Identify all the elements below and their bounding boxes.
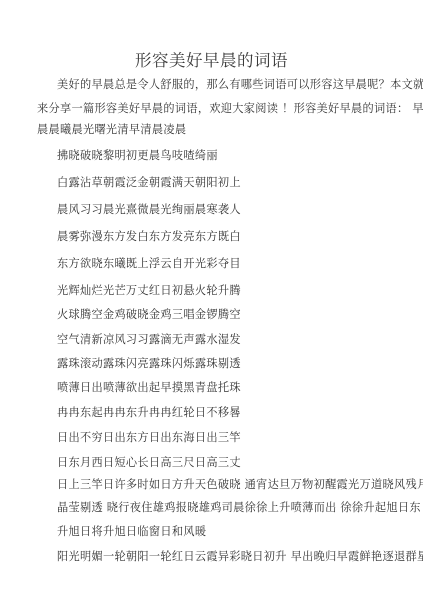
para-line: 升旭日将升旭日临窗日和风暖 [57,523,206,539]
word-line: 冉冉东起冉冉东升冉冉红轮日不移晷 [57,404,241,420]
word-line: 露珠滚动露珠闪亮露珠闪烁露珠剔透 [57,355,241,371]
word-line: 空气清新凉风习习露滴无声露水湿发 [57,331,241,347]
word-line: 东方欲晓东曦既上浮云自开光彩夺目 [57,255,241,271]
word-line: 晨雾弥漫东方发白东方发亮东方既白 [57,228,241,244]
intro-line: 美好的早晨总是令人舒服的，那么有哪些词语可以形容这早晨呢？本文就 [57,76,423,92]
word-line: 日出不穷日出东方日出东海日出三竿 [57,429,241,445]
word-line: 火球腾空金鸡破晓金鸡三唱金锣腾空 [57,306,241,322]
word-line: 喷薄日出喷薄欲出起早摸黑青盘托珠 [57,379,241,395]
document-page: 形容美好早晨的词语 美好的早晨总是令人舒服的，那么有哪些词语可以形容这早晨呢？本… [0,0,423,600]
para-line: 日上三竿日许多时如日方升天色破晓 通宵达旦万物初醒霞光万道晓风残月 [57,476,423,492]
word-line: 日东月西日短心长日高三尺日高三丈 [57,454,241,470]
word-line: 拂晓破晓黎明初更晨鸟吱喳绮丽 [57,147,218,163]
intro-line: 来分享一篇形容美好早晨的词语，欢迎大家阅读 ！形容美好早晨的词语： 早 [37,100,423,116]
word-line: 光辉灿烂光芒万丈红日初悬火轮升腾 [57,282,241,298]
word-line: 白露沾草朝霞泛金朝霞满天朝阳初上 [57,174,241,190]
intro-line: 晨晨曦晨光曙光清早清晨凌晨 [37,121,186,137]
document-title: 形容美好早晨的词语 [0,47,423,71]
word-line: 晨风习习晨光熹微晨光绚丽晨寒袭人 [57,201,241,217]
para-line: 晶莹剔透 晓行夜住雄鸡报晓雄鸡司晨徐徐上升喷薄而出 徐徐升起旭日东 [57,499,421,515]
para-line: 阳光明媚一轮朝阳一轮红日云霞异彩晓日初升 早出晚归早霞鲜艳逐退群星 [57,548,423,564]
